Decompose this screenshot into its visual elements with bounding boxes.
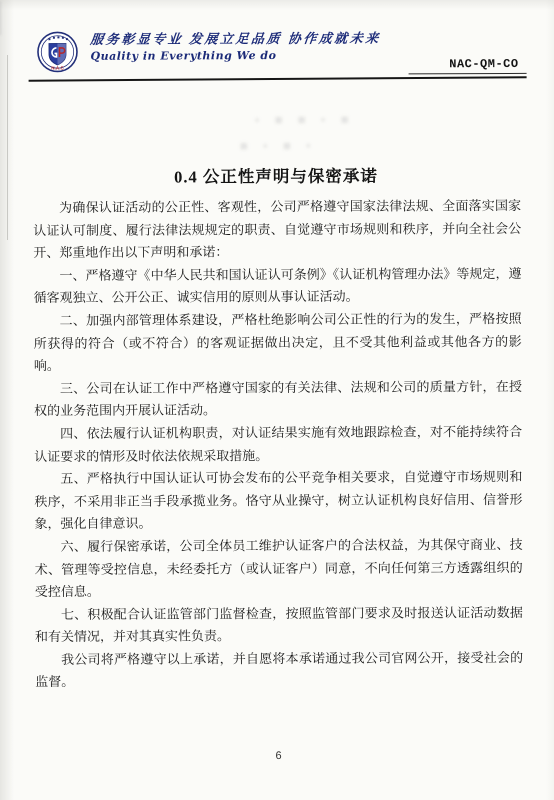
document-page: N.A.C 服务彰显专业 发展立足品质 协作成就未来 Quality in Ev…	[0, 0, 554, 800]
slogan-block: 服务彰显专业 发展立足品质 协作成就未来 Quality in Everythi…	[90, 28, 381, 63]
bleed-through-artifact	[0, 1, 1, 35]
document-body: 为确保认证活动的公正性、客观性，公司严格遵守国家法律法规、全面落实国家认证认可制…	[33, 195, 523, 694]
bleed-through-artifact: ■ ▪ ■ ■ ▪	[249, 112, 349, 128]
paragraph-item-4: 四、依法履行认证机构职责，对认证结果实施有效地跟踪检查，对不能持续符合认证要求的…	[34, 421, 522, 468]
page-header: N.A.C 服务彰显专业 发展立足品质 协作成就未来 Quality in Ev…	[28, 25, 524, 79]
paragraph-item-1: 一、严格遵守《中华人民共和国认证认可条例》《认证机构管理办法》等规定，遵循客观独…	[33, 263, 521, 310]
paragraph-intro: 为确保认证活动的公正性、客观性，公司严格遵守国家法律法规、全面落实国家认证认可制…	[33, 195, 521, 265]
slogan-english: Quality in Everything We do	[90, 49, 381, 63]
document-code: NAC-QM-CO	[449, 57, 518, 71]
page-number: 6	[2, 749, 554, 763]
paragraph-closing: 我公司将严格遵守以上承诺，并自愿将本承诺通过我公司官网公开，接受社会的监督。	[35, 647, 523, 694]
slogan-chinese: 服务彰显专业 发展立足品质 协作成就未来	[89, 28, 381, 48]
paragraph-item-3: 三、公司在认证工作中严格遵守国家的有关法律、法规和公司的质量方针，在授权的业务范…	[34, 376, 522, 423]
paragraph-item-6: 六、履行保密承诺，公司全体员工维护认证客户的合法权益，为其保守商业、技术、管理等…	[35, 534, 523, 604]
paragraph-item-7: 七、积极配合认证监管部门监督检查，按照监管部门要求及时报送认证活动数据和有关情况…	[35, 602, 523, 649]
paragraph-item-2: 二、加强内部管理体系建设，严格杜绝影响公司公正性的行为的发生，严格按照所获得的符…	[34, 308, 522, 378]
company-logo-icon: N.A.C	[36, 31, 78, 73]
bleed-through-artifact: ▪ ■ ▪ ■	[234, 138, 311, 154]
paragraph-item-5: 五、严格执行中国认证认可协会发布的公平竞争相关要求，自觉遵守市场规则和秩序，不采…	[34, 466, 522, 536]
section-title: 0.4 公正性声明与保密承诺	[0, 162, 553, 188]
logo-abbr-text: N.A.C	[51, 65, 64, 70]
company-logo: N.A.C	[36, 31, 78, 73]
